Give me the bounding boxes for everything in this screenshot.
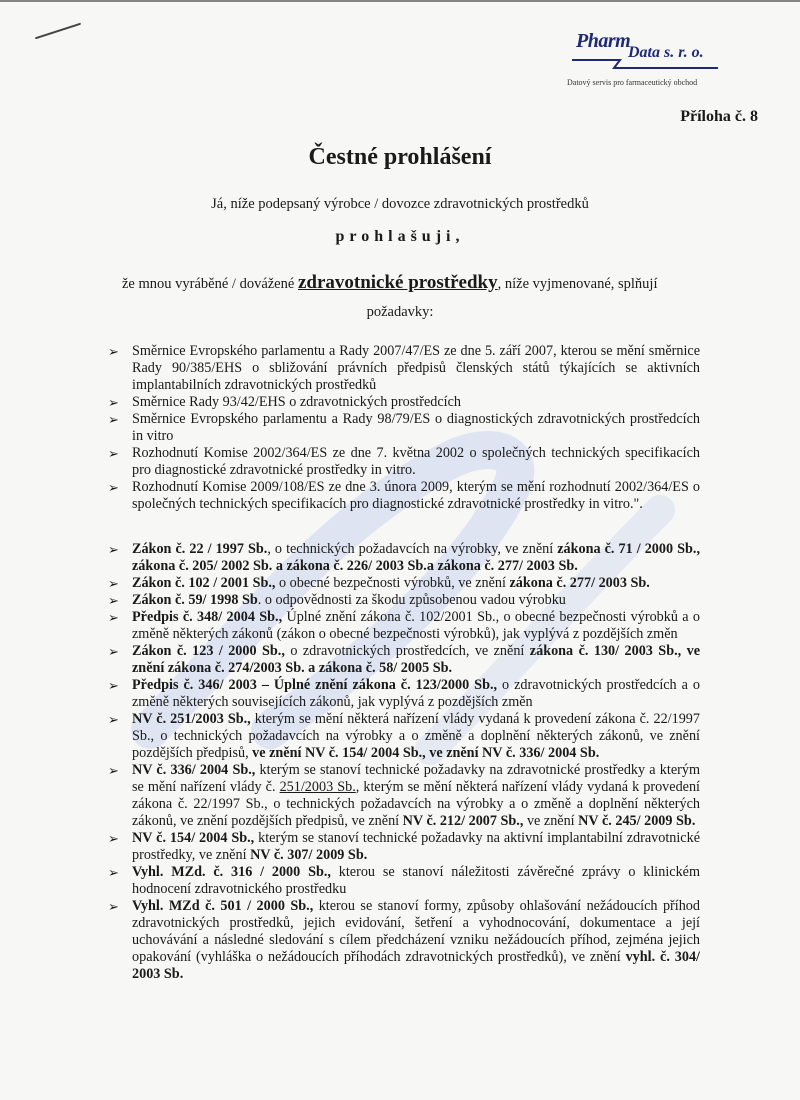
arrow-bullet-icon: ➢: [108, 762, 119, 779]
list-item: ➢Předpis č. 348/ 2004 Sb., Úplné znění z…: [106, 609, 700, 643]
arrow-bullet-icon: ➢: [108, 479, 119, 496]
logo-tagline: Datový servis pro farmaceutický obchod: [567, 78, 697, 87]
scan-top-edge: [0, 0, 800, 2]
list-item: ➢Vyhl. MZd. č. 316 / 2000 Sb., kterou se…: [106, 864, 700, 898]
list-item: ➢NV č. 336/ 2004 Sb., kterým se stanoví …: [106, 762, 700, 830]
arrow-bullet-icon: ➢: [108, 445, 119, 462]
requirements-label: požadavky:: [0, 304, 800, 321]
arrow-bullet-icon: ➢: [108, 575, 119, 592]
eu-regulation-list: ➢Směrnice Evropského parlamentu a Rady 2…: [106, 343, 700, 513]
list-item: ➢Vyhl. MZd č. 501 / 2000 Sb., kterou se …: [106, 898, 700, 983]
arrow-bullet-icon: ➢: [108, 609, 119, 626]
scope-before: že mnou vyráběné / dovážené: [122, 276, 298, 292]
list-item: ➢Směrnice Rady 93/42/EHS o zdravotnickýc…: [106, 394, 700, 411]
arrow-bullet-icon: ➢: [108, 711, 119, 728]
list-item: ➢Rozhodnutí Komise 2002/364/ES ze dne 7.…: [106, 445, 700, 479]
scope-after: , níže vyjmenované, splňují: [498, 276, 658, 292]
arrow-bullet-icon: ➢: [108, 677, 119, 694]
pen-mark: [35, 23, 81, 40]
cz-legislation-list: ➢Zákon č. 22 / 1997 Sb., o technických p…: [106, 541, 700, 983]
arrow-bullet-icon: ➢: [108, 394, 119, 411]
list-item: ➢Zákon č. 59/ 1998 Sb. o odpovědnosti za…: [106, 592, 700, 609]
declare-line: prohlašuji,: [0, 228, 800, 246]
arrow-bullet-icon: ➢: [108, 643, 119, 660]
list-item: ➢Rozhodnutí Komise 2009/108/ES ze dne 3.…: [106, 479, 700, 513]
arrow-bullet-icon: ➢: [108, 541, 119, 558]
intro-line: Já, níže podepsaný výrobce / dovozce zdr…: [0, 196, 800, 213]
list-item: ➢Směrnice Evropského parlamentu a Rady 2…: [106, 343, 700, 394]
scope-line: že mnou vyráběné / dovážené zdravotnické…: [122, 272, 657, 294]
document-title: Čestné prohlášení: [0, 144, 800, 171]
list-item: ➢NV č. 251/2003 Sb., kterým se mění někt…: [106, 711, 700, 762]
list-item: ➢Zákon č. 102 / 2001 Sb., o obecné bezpe…: [106, 575, 700, 592]
list-item: ➢Předpis č. 346/ 2003 – Úplné znění záko…: [106, 677, 700, 711]
list-item: ➢Směrnice Evropského parlamentu a Rady 9…: [106, 411, 700, 445]
company-logo: Pharm Data s. r. o. Datový servis pro fa…: [562, 30, 792, 90]
arrow-bullet-icon: ➢: [108, 411, 119, 428]
list-item: ➢NV č. 154/ 2004 Sb., kterým se stanoví …: [106, 830, 700, 864]
arrow-bullet-icon: ➢: [108, 830, 119, 847]
arrow-bullet-icon: ➢: [108, 592, 119, 609]
scope-highlight: zdravotnické prostředky: [298, 272, 498, 293]
list-item: ➢Zákon č. 123 / 2000 Sb., o zdravotnický…: [106, 643, 700, 677]
arrow-bullet-icon: ➢: [108, 898, 119, 915]
arrow-bullet-icon: ➢: [108, 864, 119, 881]
list-item: ➢Zákon č. 22 / 1997 Sb., o technických p…: [106, 541, 700, 575]
annex-number: Příloha č. 8: [680, 108, 758, 126]
arrow-bullet-icon: ➢: [108, 343, 119, 360]
logo-name-bottom: Data s. r. o.: [628, 44, 704, 62]
